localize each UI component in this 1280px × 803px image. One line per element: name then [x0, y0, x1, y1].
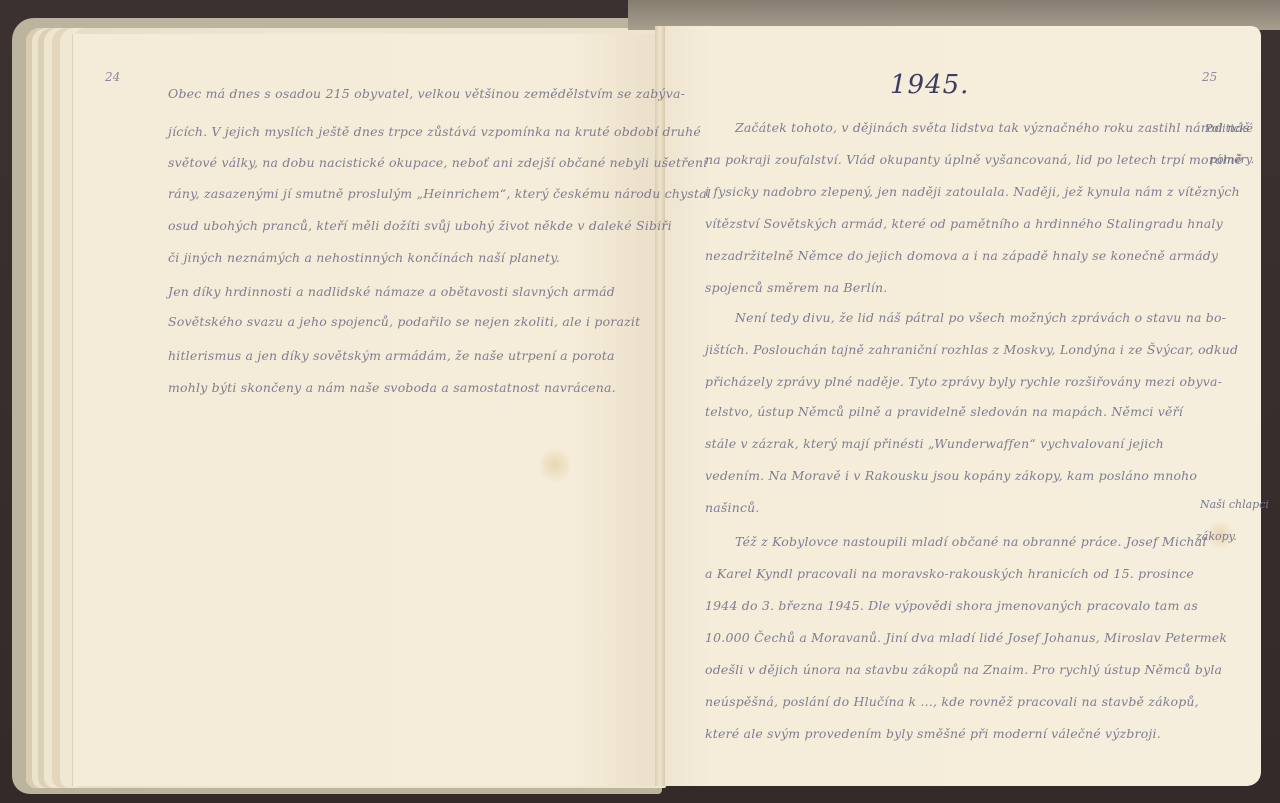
paper-stain	[540, 445, 570, 485]
left-page	[72, 34, 661, 786]
handwritten-line: Není tedy divu, že lid náš pátral po vše…	[735, 310, 1226, 325]
handwritten-line: hitlerismus a jen díky sovětským armádám…	[168, 348, 615, 363]
handwritten-line: které ale svým provedením byly směšné př…	[705, 726, 1161, 741]
handwritten-line: vítězství Sovětských armád, které od pam…	[705, 216, 1223, 231]
handwritten-line: i fysicky nadobro zlepený, jen naději za…	[705, 184, 1240, 199]
page-number-right: 25	[1202, 70, 1217, 84]
handwritten-line: či jiných neznámých a nehostinných konči…	[168, 250, 560, 265]
handwritten-line: telstvo, ústup Němců pilně a pravidelně …	[705, 404, 1183, 419]
handwritten-line: Sovětského svazu a jeho spojenců, podaři…	[168, 314, 640, 329]
handwritten-line: rány, zasazenými jí smutně proslulým „He…	[168, 186, 711, 201]
margin-note: Naši chlapci	[1200, 498, 1269, 511]
book-gutter	[655, 26, 665, 786]
handwritten-line: neúspěšná, poslání do Hlučína k ..., kde…	[705, 694, 1199, 709]
handwritten-line: vedením. Na Moravě i v Rakousku jsou kop…	[705, 468, 1197, 483]
handwritten-line: spojenců směrem na Berlín.	[705, 280, 887, 295]
handwritten-line: 1944 do 3. března 1945. Dle výpovědi sho…	[705, 598, 1198, 613]
handwritten-line: světové války, na dobu nacistické okupac…	[168, 155, 707, 170]
handwritten-line: 10.000 Čechů a Moravanů. Jiní dva mladí …	[705, 630, 1227, 645]
handwritten-line: mohly býti skončeny a nám naše svoboda a…	[168, 380, 616, 395]
handwritten-line: a Karel Kyndl pracovali na moravsko-rako…	[705, 566, 1194, 581]
page-number-left: 24	[105, 70, 120, 84]
handwritten-line: osud ubohých pranců, kteří měli dožíti s…	[168, 218, 672, 233]
handwritten-line: nezadržitelně Němce do jejich domova a i…	[705, 248, 1218, 263]
handwritten-line: jících. V jejich myslích ještě dnes trpc…	[168, 124, 701, 139]
handwritten-line: Obec má dnes s osadou 215 obyvatel, velk…	[168, 86, 685, 101]
handwritten-line: Začátek tohoto, v dějinách světa lidstva…	[735, 120, 1250, 135]
handwritten-line: stále v zázrak, který mají přinésti „Wun…	[705, 436, 1164, 451]
handwritten-line: přicházely zprávy plné naděje. Tyto zprá…	[705, 374, 1222, 389]
page-title-year: 1945.	[890, 70, 969, 100]
handwritten-line: našinců.	[705, 500, 760, 515]
handwritten-line: odešli v dějich února na stavbu zákopů n…	[705, 662, 1222, 677]
handwritten-line: Jen díky hrdinnosti a nadlidské námaze a…	[168, 284, 615, 299]
handwritten-line: Též z Kobylovce nastoupili mladí občané …	[735, 534, 1207, 549]
handwritten-line: jištích. Poslouchán tajně zahraniční roz…	[705, 342, 1238, 357]
handwritten-line: na pokraji zoufalství. Vlád okupanty úpl…	[705, 152, 1243, 167]
